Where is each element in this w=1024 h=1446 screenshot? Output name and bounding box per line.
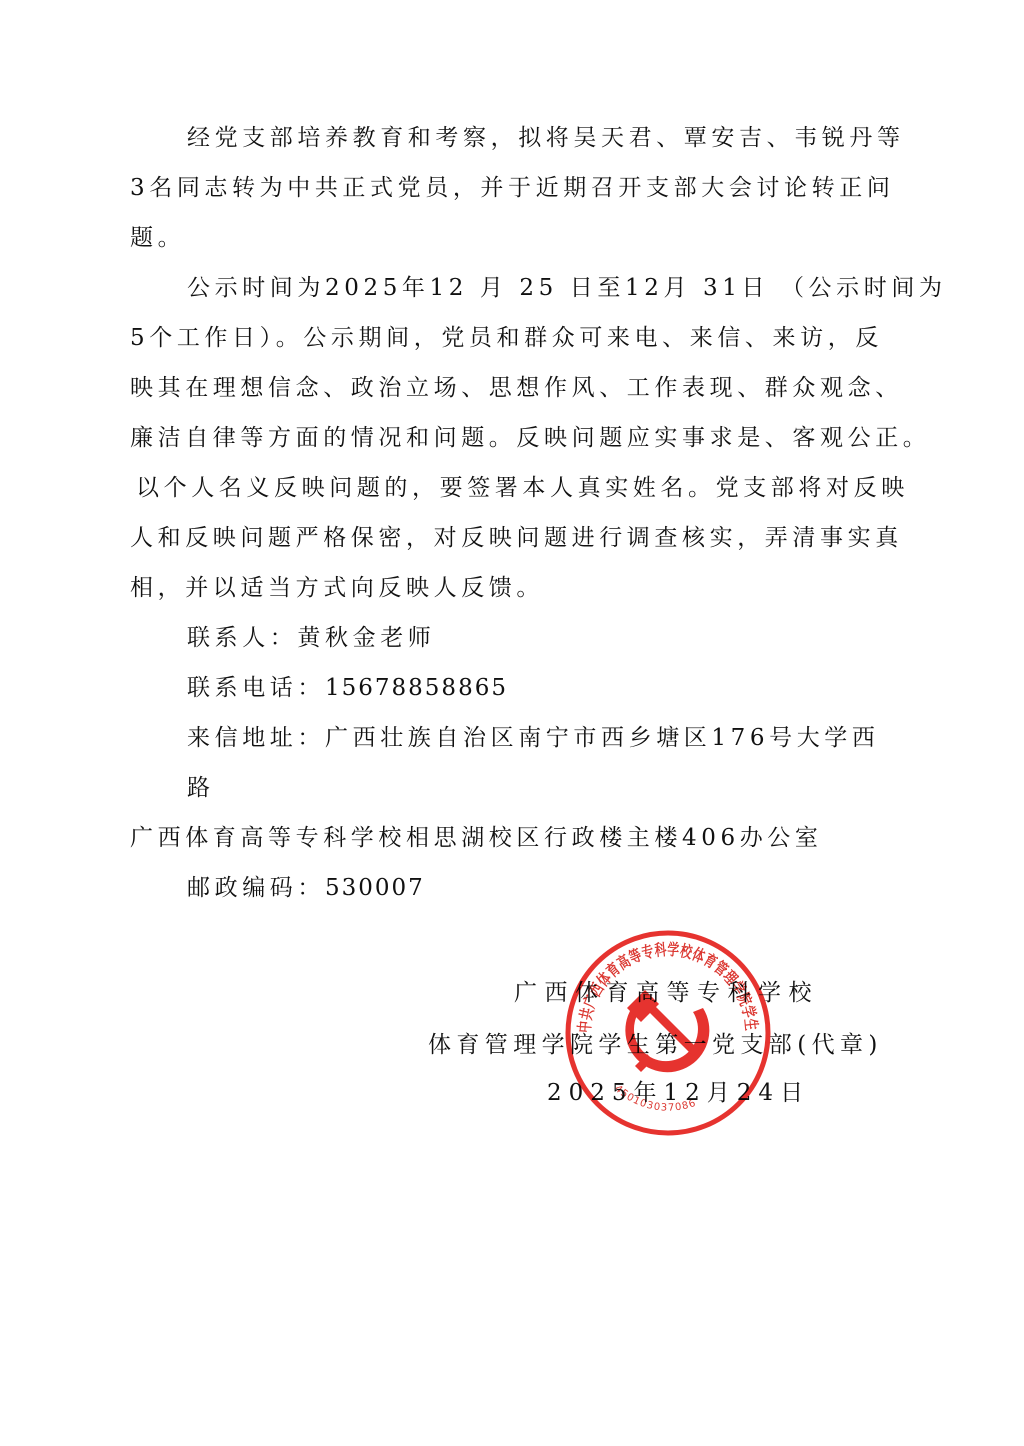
hammer-and-sickle-icon: [625, 990, 709, 1072]
document-page: 经党支部培养教育和考察，拟将吴天君、覃安吉、韦锐丹等 3名同志转为中共正式党员，…: [0, 0, 1024, 1446]
seal-number-text: 450103037086: [612, 1083, 698, 1113]
official-seal-stamp: 中共广西体育高等专科学校体育管理学院学生第一党支部委员会 45010303708…: [563, 928, 773, 1138]
signature-block: 广西体育高等专科学校 体育管理学院学生第一党支部(代章) 2025年12月24日…: [0, 0, 1024, 1446]
